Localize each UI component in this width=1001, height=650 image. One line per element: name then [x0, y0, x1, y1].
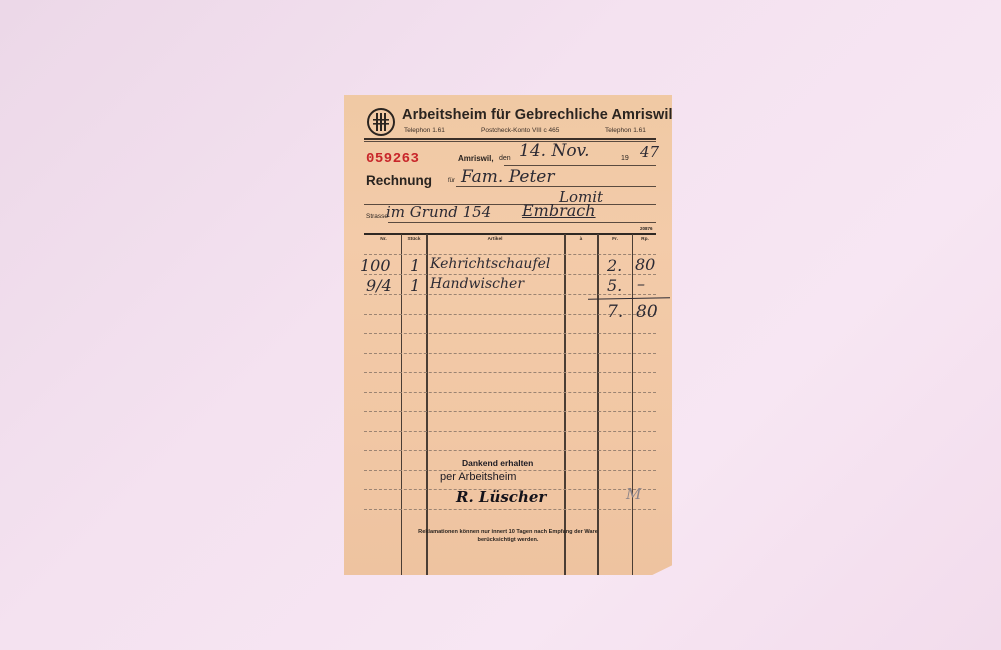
column-divider: [564, 234, 566, 614]
column-header-artikel: Artikel: [427, 237, 563, 242]
signature: R. Lüscher: [456, 488, 546, 506]
organization-name: Arbeitsheim für Gebrechliche Amriswil: [402, 107, 673, 123]
column-divider: [597, 234, 599, 614]
recipient-line1: Fam. Peter: [461, 167, 554, 187]
row2-artikel: Handwischer: [430, 276, 524, 292]
phone-left: Telephon 1.61: [404, 127, 445, 134]
year-handwritten: 47: [640, 143, 659, 161]
row1-artikel: Kehrichtschaufel: [430, 256, 550, 272]
date-line: [504, 165, 656, 166]
stamp-received: Dankend erhalten: [462, 458, 533, 468]
row2-nr: 9/4: [366, 276, 392, 295]
header-rule: [364, 138, 656, 140]
row-line: [364, 372, 656, 373]
fuer-label: für: [448, 178, 455, 184]
row1-rp: 80: [635, 255, 655, 274]
year-prefix: 19: [621, 155, 629, 162]
postcheck-account: Postcheck-Konto VIII c 465: [481, 127, 559, 134]
row1-stueck: 1: [410, 256, 420, 275]
date-handwritten: 14. Nov.: [519, 141, 590, 161]
row-line: [364, 450, 656, 451]
phone-right: Telephon 1.61: [605, 127, 646, 134]
street-handwritten: im Grund 154: [386, 203, 491, 221]
row-line: [364, 254, 656, 255]
column-header-fr: Fr.: [598, 237, 632, 242]
row-line: [364, 392, 656, 393]
stamp-per-arbeitsheim: per Arbeitsheim: [440, 471, 516, 483]
column-header-nr: Nr.: [366, 237, 401, 242]
table-top-rule: [364, 233, 656, 235]
street-label: Strasse: [366, 213, 388, 220]
sum-underline: [588, 297, 670, 299]
initial-mark: M: [626, 485, 641, 503]
town-handwritten: Embrach: [522, 201, 596, 220]
row2-rp: –: [637, 274, 645, 293]
column-header-rp: Rp.: [633, 237, 657, 242]
row-line: [364, 333, 656, 334]
column-header-a: à: [565, 237, 597, 242]
column-divider: [632, 234, 633, 614]
recipient-line: [456, 186, 656, 187]
footer-line1: Reklamationen können nur innert 10 Tagen…: [368, 528, 648, 536]
street-line: [388, 222, 656, 223]
footer-line2: berücksichtigt werden.: [368, 536, 648, 544]
city-label: Amriswil,: [458, 154, 494, 163]
invoice-paper: Arbeitsheim für Gebrechliche Amriswil Te…: [344, 95, 672, 575]
total-fr: 7.: [607, 302, 623, 322]
invoice-title: Rechnung: [366, 173, 432, 188]
row2-stueck: 1: [410, 276, 420, 295]
row2-fr: 5.: [607, 276, 622, 295]
row-line: [364, 509, 656, 510]
invoice-number: 059263: [366, 151, 419, 167]
form-number: 20876: [640, 226, 653, 231]
crossed-bars-circle-logo-icon: [366, 107, 396, 137]
column-header-stueck: Stück: [402, 237, 426, 242]
row1-nr: 100: [360, 256, 391, 275]
row-line: [364, 411, 656, 412]
row-line: [364, 431, 656, 432]
footer-note: Reklamationen können nur innert 10 Tagen…: [368, 528, 648, 544]
column-divider: [426, 234, 428, 614]
header-rule-thin: [364, 141, 656, 142]
column-divider: [401, 234, 402, 614]
row1-fr: 2.: [607, 256, 622, 275]
den-label: den: [499, 155, 511, 162]
row-line: [364, 353, 656, 354]
total-rp: 80: [636, 302, 658, 322]
